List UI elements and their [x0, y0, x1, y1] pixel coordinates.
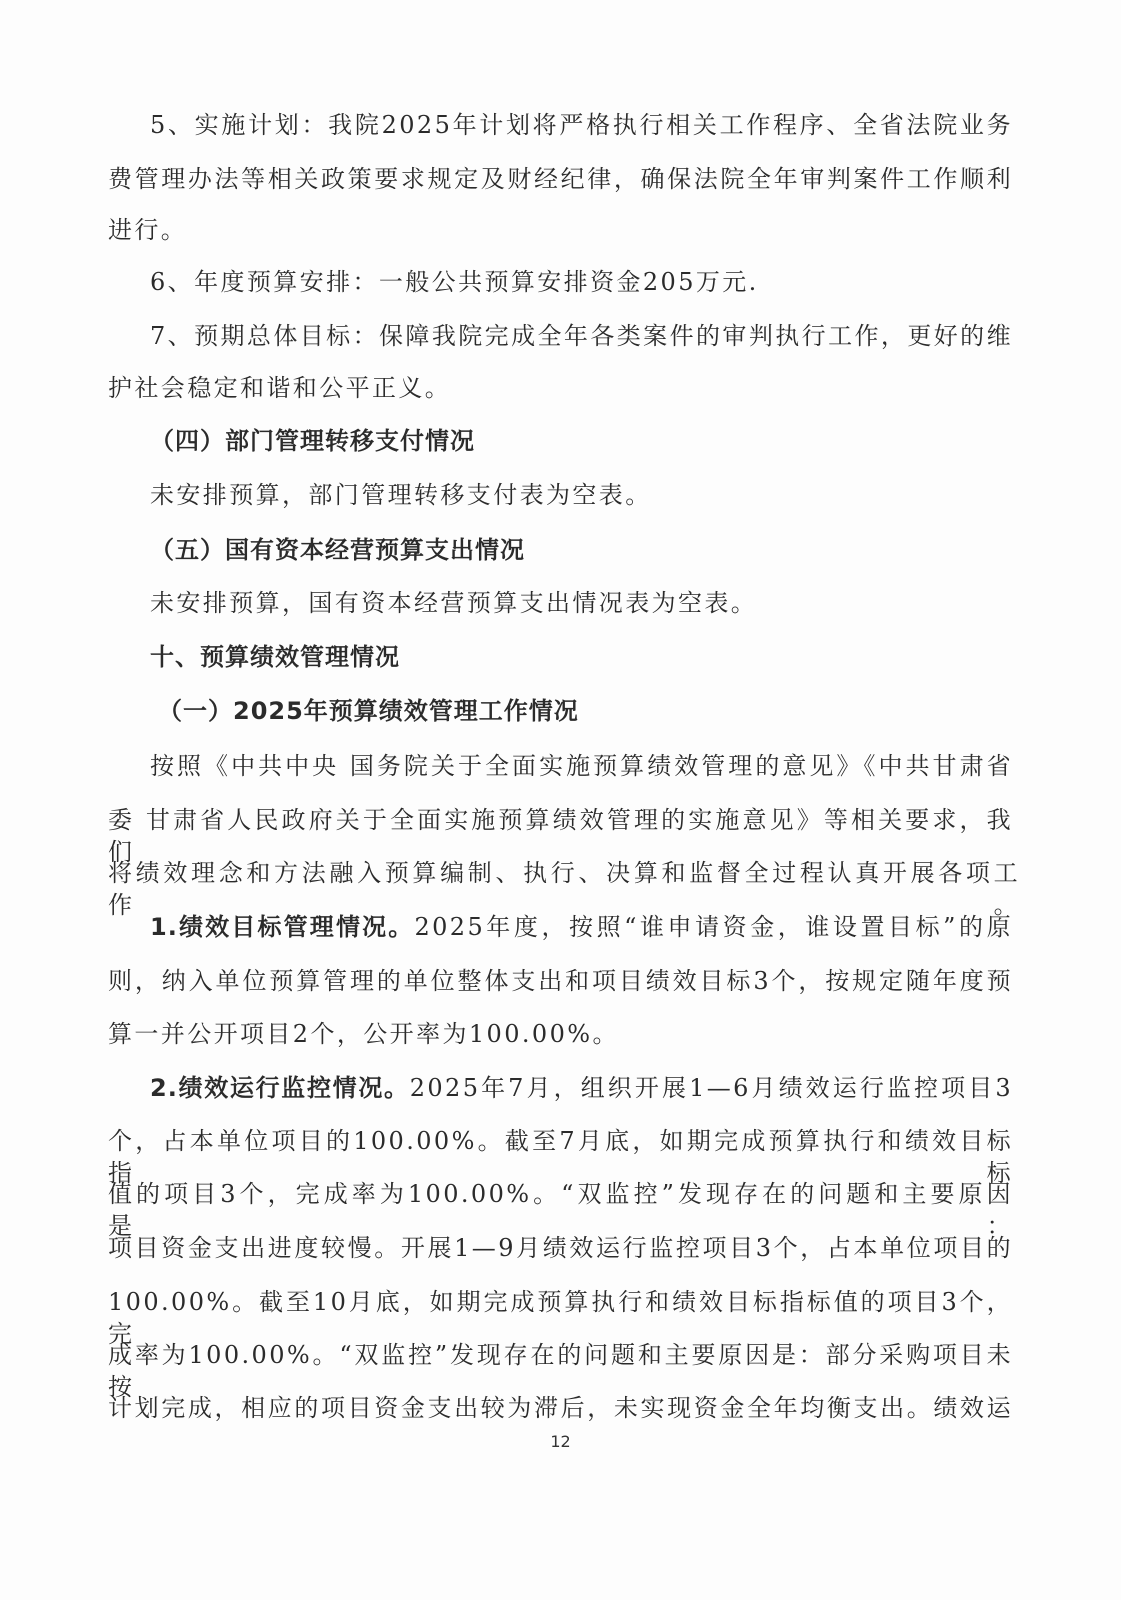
paragraph-5-line-1: 5、实施计划：我院2025年计划将严格执行相关工作程序、全省法院业务 — [150, 109, 1013, 141]
item-2-line-1-text: 2025年7月，组织开展1—6月绩效运行监控项目3 — [410, 1074, 1013, 1102]
item-1-line-1: 1.绩效目标管理情况。2025年度，按照“谁申请资金，谁设置目标”的原 — [150, 911, 1013, 943]
paragraph-5-line-3: 进行。 — [108, 214, 1013, 246]
section-heading-5: （五）国有资本经营预算支出情况 — [150, 534, 1013, 566]
subsection-heading-1: （一）2025年预算绩效管理工作情况 — [158, 695, 1021, 727]
item-1-line-1-text: 2025年度，按照“谁申请资金，谁设置目标”的原 — [414, 913, 1013, 941]
document-page: 5、实施计划：我院2025年计划将严格执行相关工作程序、全省法院业务 费管理办法… — [0, 0, 1121, 1600]
paragraph-7-line-2: 护社会稳定和谐和公平正义。 — [108, 372, 1013, 404]
page-number: 12 — [0, 1432, 1121, 1451]
item-1-heading: 1.绩效目标管理情况。 — [150, 913, 414, 941]
item-2-line-4: 项目资金支出进度较慢。开展1—9月绩效运行监控项目3个，占本单位项目的 — [108, 1232, 1013, 1264]
item-2-heading: 2.绩效运行监控情况。 — [150, 1074, 410, 1102]
item-2-line-7: 计划完成，相应的项目资金支出较为滞后，未实现资金全年均衡支出。绩效运 — [108, 1392, 1013, 1424]
intro-line-1: 按照《中共中央 国务院关于全面实施预算绩效管理的意见》《中共甘肃省 — [150, 750, 1013, 782]
section-4-body: 未安排预算，部门管理转移支付表为空表。 — [150, 479, 1013, 511]
section-5-body: 未安排预算，国有资本经营预算支出情况表为空表。 — [150, 587, 1013, 619]
item-1-line-2: 则，纳入单位预算管理的单位整体支出和项目绩效目标3个，按规定随年度预 — [108, 965, 1013, 997]
paragraph-6: 6、年度预算安排：一般公共预算安排资金205万元. — [150, 266, 1013, 298]
item-2-line-1: 2.绩效运行监控情况。2025年7月，组织开展1—6月绩效运行监控项目3 — [150, 1072, 1013, 1104]
paragraph-7-line-1: 7、预期总体目标：保障我院完成全年各类案件的审判执行工作，更好的维 — [150, 320, 1013, 352]
paragraph-5-line-2: 费管理办法等相关政策要求规定及财经纪律，确保法院全年审判案件工作顺利 — [108, 163, 1013, 195]
section-heading-4: （四）部门管理转移支付情况 — [150, 425, 1013, 457]
item-1-line-3: 算一并公开项目2个，公开率为100.00%。 — [108, 1018, 1013, 1050]
chapter-heading-10: 十、预算绩效管理情况 — [150, 641, 1013, 673]
